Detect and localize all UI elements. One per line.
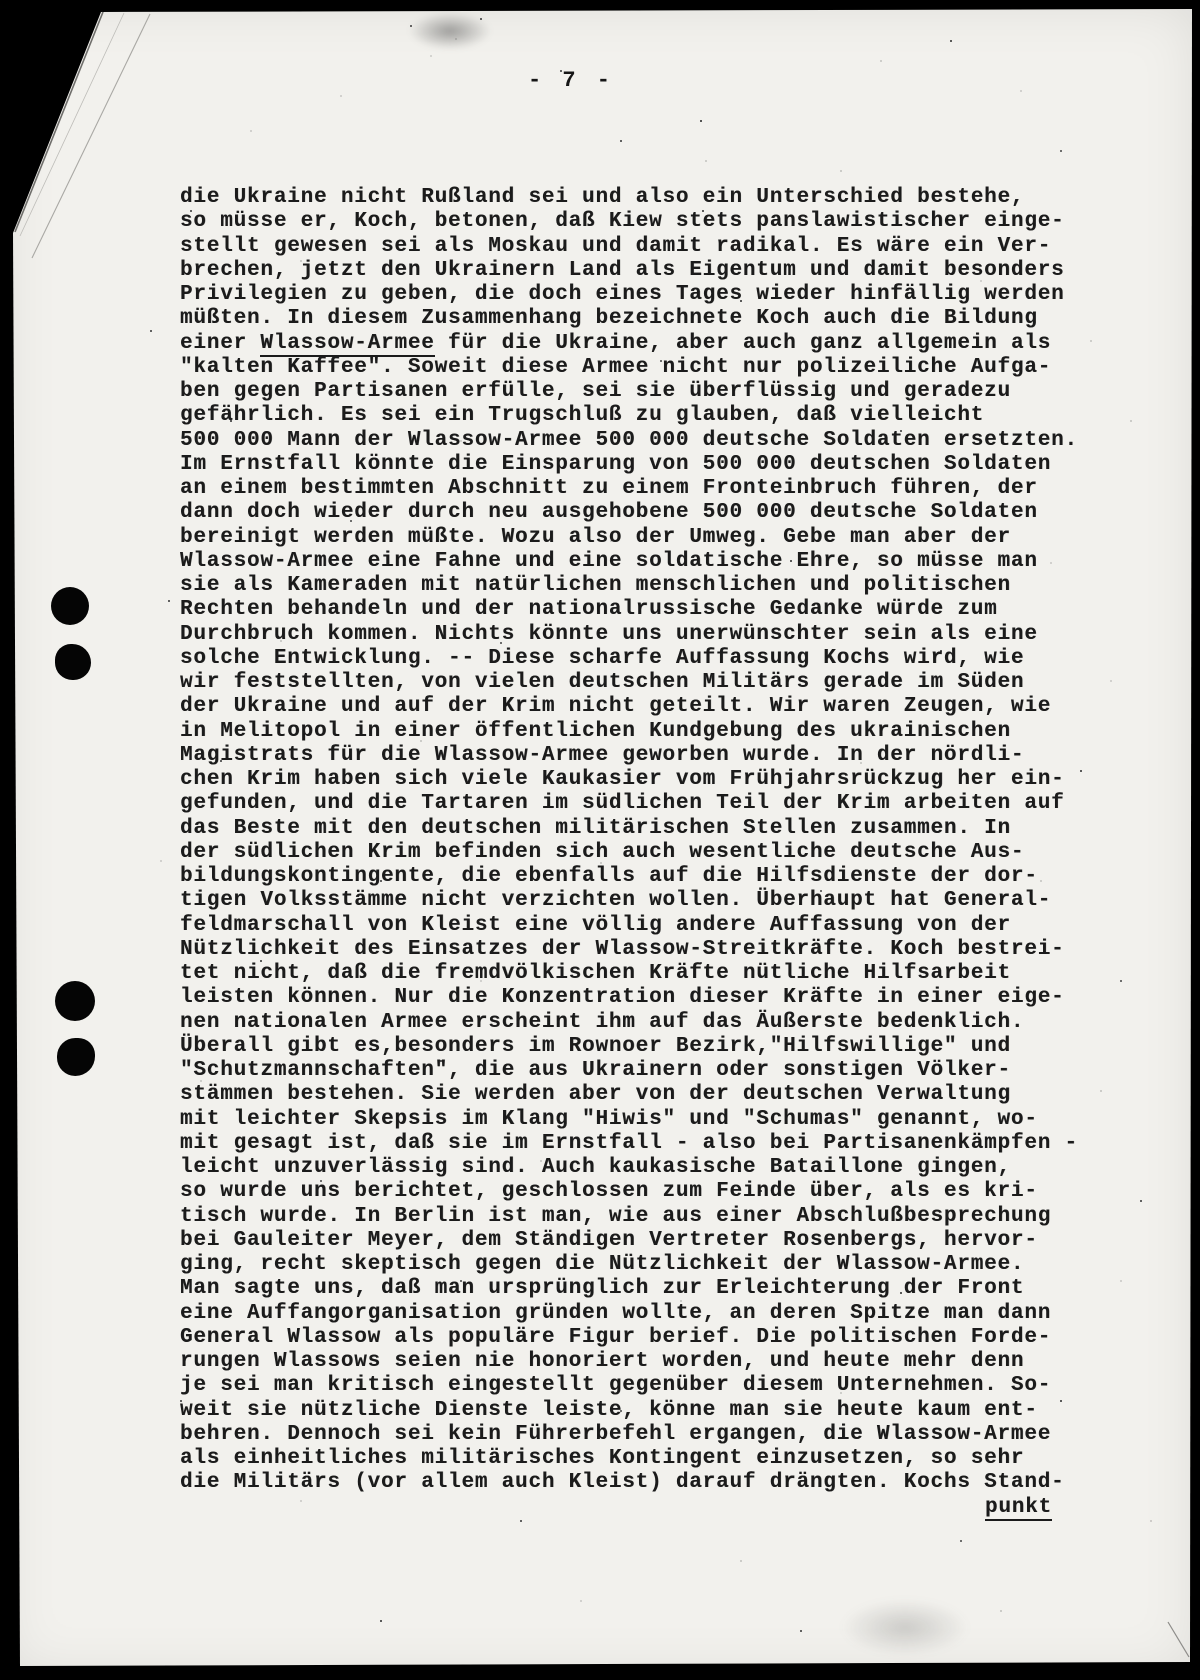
text-line: gefährlich. Es sei ein Trugschluß zu gla… xyxy=(180,404,1120,428)
text-line: gefunden, und die Tartaren im südlichen … xyxy=(180,792,1120,816)
punch-hole xyxy=(55,981,95,1021)
text-line: Nützlichkeit des Einsatzes der Wlassow-S… xyxy=(180,938,1120,962)
text-line: "kalten Kaffee". Soweit diese Armee nich… xyxy=(180,356,1120,380)
text-line: die Ukraine nicht Rußland sei und also e… xyxy=(180,186,1120,210)
text-line: stellt gewesen sei als Moskau und damit … xyxy=(180,235,1120,259)
text-line: der Ukraine und auf der Krim nicht getei… xyxy=(180,695,1120,719)
text-line: in Melitopol in einer öffentlichen Kundg… xyxy=(180,720,1120,744)
text-line: weit sie nützliche Dienste leiste, könne… xyxy=(180,1399,1120,1423)
text-line: stämmen bestehen. Sie werden aber von de… xyxy=(180,1083,1120,1107)
scan-noise-speckles xyxy=(0,0,2,2)
text-line: mit leichter Skepsis im Klang "Hiwis" un… xyxy=(180,1108,1120,1132)
text-line: chen Krim haben sich viele Kaukasier vom… xyxy=(180,768,1120,792)
text-line: feldmarschall von Kleist eine völlig and… xyxy=(180,914,1120,938)
text-line: brechen, jetzt den Ukrainern Land als Ei… xyxy=(180,259,1120,283)
text-line: Privilegien zu geben, die doch eines Tag… xyxy=(180,283,1120,307)
text-line: der südlichen Krim befinden sich auch we… xyxy=(180,841,1120,865)
text-line: eine Auffangorganisation gründen wollte,… xyxy=(180,1302,1120,1326)
text-line: einer Wlassow-Armee für die Ukraine, abe… xyxy=(180,332,1120,356)
text-line: solche Entwicklung. -- Diese scharfe Auf… xyxy=(180,647,1120,671)
punch-hole xyxy=(55,644,91,680)
text-line: ben gegen Partisanen erfülle, sei sie üb… xyxy=(180,380,1120,404)
text-line: das Beste mit den deutschen militärische… xyxy=(180,817,1120,841)
text-line: nen nationalen Armee erscheint ihm auf d… xyxy=(180,1011,1120,1035)
text-line: leisten können. Nur die Konzentration di… xyxy=(180,986,1120,1010)
text-line: die Militärs (vor allem auch Kleist) dar… xyxy=(180,1471,1120,1495)
document-text: die Ukraine nicht Rußland sei und also e… xyxy=(180,186,1120,1496)
text-line: bei Gauleiter Meyer, dem Ständigen Vertr… xyxy=(180,1229,1120,1253)
text-line: müßten. In diesem Zusammenhang bezeichne… xyxy=(180,307,1120,331)
page-sheet: - 7 - die Ukraine nicht Rußland sei und … xyxy=(0,0,1200,1680)
page-number: - 7 - xyxy=(528,68,614,93)
catchword: punkt xyxy=(985,1496,1052,1521)
scan-background: - 7 - die Ukraine nicht Rußland sei und … xyxy=(0,0,1200,1680)
text-line: ging, recht skeptisch gegen die Nützlich… xyxy=(180,1253,1120,1277)
punch-hole xyxy=(51,587,89,625)
text-line: als einheitliches militärisches Kontinge… xyxy=(180,1447,1120,1471)
text-line: rungen Wlassows seien nie honoriert word… xyxy=(180,1350,1120,1374)
text-line: bereinigt werden müßte. Wozu also der Um… xyxy=(180,526,1120,550)
text-line: Im Ernstfall könnte die Einsparung von 5… xyxy=(180,453,1120,477)
text-line: 500 000 Mann der Wlassow-Armee 500 000 d… xyxy=(180,429,1120,453)
text-line: bildungskontingente, die ebenfalls auf d… xyxy=(180,865,1120,889)
text-line: leicht unzuverlässig sind. Auch kaukasis… xyxy=(180,1156,1120,1180)
text-line: tigen Volksstämme nicht verzichten wolle… xyxy=(180,889,1120,913)
text-line: je sei man kritisch eingestellt gegenübe… xyxy=(180,1374,1120,1398)
text-line: mit gesagt ist, daß sie im Ernstfall - a… xyxy=(180,1132,1120,1156)
text-line: dann doch wieder durch neu ausgehobene 5… xyxy=(180,501,1120,525)
text-line: behren. Dennoch sei kein Führerbefehl er… xyxy=(180,1423,1120,1447)
text-line: Man sagte uns, daß man ursprünglich zur … xyxy=(180,1277,1120,1301)
scan-smudge-bottom xyxy=(820,1590,990,1665)
text-line: General Wlassow als populäre Figur berie… xyxy=(180,1326,1120,1350)
text-line: sie als Kameraden mit natürlichen mensch… xyxy=(180,574,1120,598)
text-line: "Schutzmannschaften", die aus Ukrainern … xyxy=(180,1059,1120,1083)
text-line: Rechten behandeln und der nationalrussis… xyxy=(180,598,1120,622)
text-line: an einem bestimmten Abschnitt zu einem F… xyxy=(180,477,1120,501)
text-line: wir feststellten, von vielen deutschen M… xyxy=(180,671,1120,695)
text-line: so müsse er, Koch, betonen, daß Kiew ste… xyxy=(180,210,1120,234)
text-line: so wurde uns berichtet, geschlossen zum … xyxy=(180,1180,1120,1204)
text-line: tisch wurde. In Berlin ist man, wie aus … xyxy=(180,1205,1120,1229)
text-line: Wlassow-Armee eine Fahne und eine soldat… xyxy=(180,550,1120,574)
text-line: Überall gibt es,besonders im Rownoer Bez… xyxy=(180,1035,1120,1059)
text-line: Magistrats für die Wlassow-Armee geworbe… xyxy=(180,744,1120,768)
text-line: Durchbruch kommen. Nichts könnte uns une… xyxy=(180,623,1120,647)
scan-smudge-top xyxy=(395,6,505,56)
text-line: tet nicht, daß die fremdvölkischen Kräft… xyxy=(180,962,1120,986)
